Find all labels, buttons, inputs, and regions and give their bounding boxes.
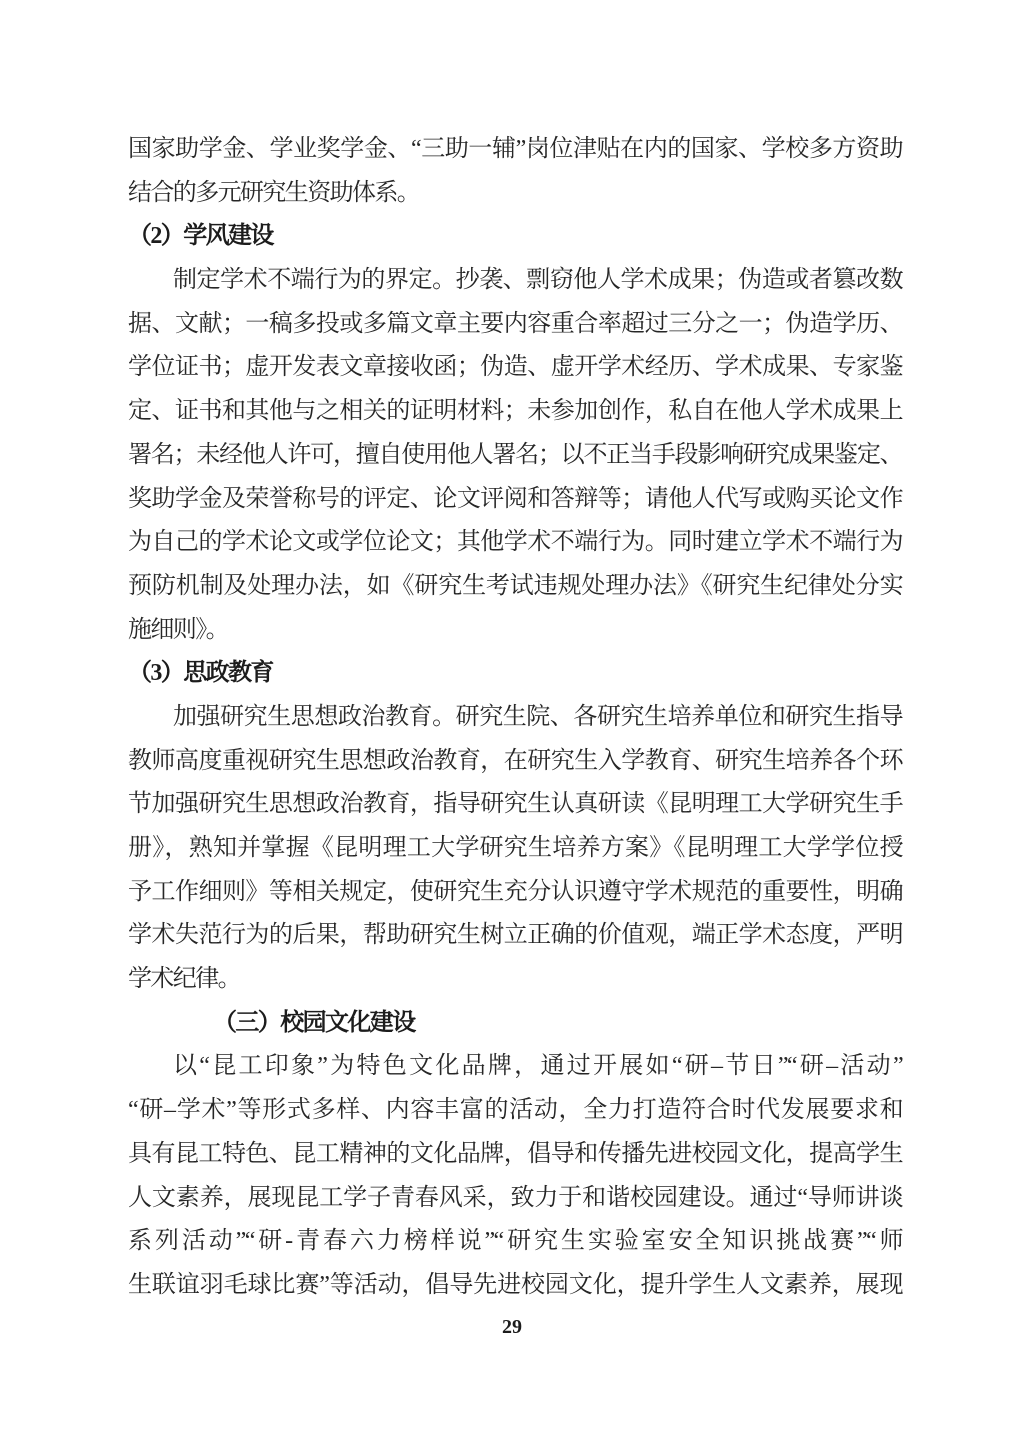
- paragraph-line: 学术纪律。: [128, 958, 902, 1002]
- paragraph-line: 加强研究生思想政治教育。研究生院、各研究生培养单位和研究生指导: [128, 696, 902, 740]
- paragraph-line: 系列活动”“研-青春六力榜样说”“研究生实验室安全知识挑战赛”“师: [128, 1220, 902, 1264]
- paragraph-line: 制定学术不端行为的界定。抄袭、剽窃他人学术成果；伪造或者篡改数: [128, 259, 902, 303]
- paragraph-line: 奖助学金及荣誉称号的评定、论文评阅和答辩等；请他人代写或购买论文作: [128, 478, 902, 522]
- paragraph-line: 教师高度重视研究生思想政治教育，在研究生入学教育、研究生培养各个环: [128, 740, 902, 784]
- paragraph-line: 节加强研究生思想政治教育，指导研究生认真研读《昆明理工大学研究生手: [128, 783, 902, 827]
- paragraph-line: 署名；未经他人许可，擅自使用他人署名；以不正当手段影响研究成果鉴定、: [128, 434, 902, 478]
- heading-study-style: （2）学风建设: [128, 215, 902, 259]
- paragraph-line: 学位证书；虚开发表文章接收函；伪造、虚开学术经历、学术成果、专家鉴: [128, 346, 902, 390]
- paragraph-line: 生联谊羽毛球比赛”等活动，倡导先进校园文化，提升学生人文素养，展现: [128, 1264, 902, 1308]
- paragraph-line: 为自己的学术论文或学位论文；其他学术不端行为。同时建立学术不端行为: [128, 521, 902, 565]
- paragraph-line: 定、证书和其他与之相关的证明材料；未参加创作，私自在他人学术成果上: [128, 390, 902, 434]
- paragraph-line: 予工作细则》等相关规定，使研究生充分认识遵守学术规范的重要性，明确: [128, 871, 902, 915]
- page-number: 29: [0, 1306, 1024, 1350]
- paragraph-line: 具有昆工特色、昆工精神的文化品牌，倡导和传播先进校园文化，提高学生: [128, 1133, 902, 1177]
- paragraph-line: 人文素养，展现昆工学子青春风采，致力于和谐校园建设。通过“导师讲谈: [128, 1177, 902, 1221]
- page-content: 国家助学金、学业奖学金、“三助一辅”岗位津贴在内的国家、学校多方资助 结合的多元…: [128, 128, 902, 1308]
- paragraph-line: 结合的多元研究生资助体系。: [128, 172, 902, 216]
- paragraph-line: 预防机制及处理办法，如《研究生考试违规处理办法》《研究生纪律处分实: [128, 565, 902, 609]
- paragraph-line: 册》，熟知并掌握《昆明理工大学研究生培养方案》《昆明理工大学学位授: [128, 827, 902, 871]
- heading-ideological-education: （3）思政教育: [128, 652, 902, 696]
- paragraph-line: 以“昆工印象”为特色文化品牌，通过开展如“研–节日”“研–活动”: [128, 1045, 902, 1089]
- paragraph-line: 据、文献；一稿多投或多篇文章主要内容重合率超过三分之一；伪造学历、: [128, 303, 902, 347]
- heading-campus-culture: （三）校园文化建设: [128, 1002, 902, 1046]
- paragraph-line: 国家助学金、学业奖学金、“三助一辅”岗位津贴在内的国家、学校多方资助: [128, 128, 902, 172]
- document-page: 国家助学金、学业奖学金、“三助一辅”岗位津贴在内的国家、学校多方资助 结合的多元…: [0, 0, 1024, 1447]
- paragraph-line: “研–学术”等形式多样、内容丰富的活动，全力打造符合时代发展要求和: [128, 1089, 902, 1133]
- paragraph-line: 施细则》。: [128, 609, 902, 653]
- paragraph-line: 学术失范行为的后果，帮助研究生树立正确的价值观，端正学术态度，严明: [128, 914, 902, 958]
